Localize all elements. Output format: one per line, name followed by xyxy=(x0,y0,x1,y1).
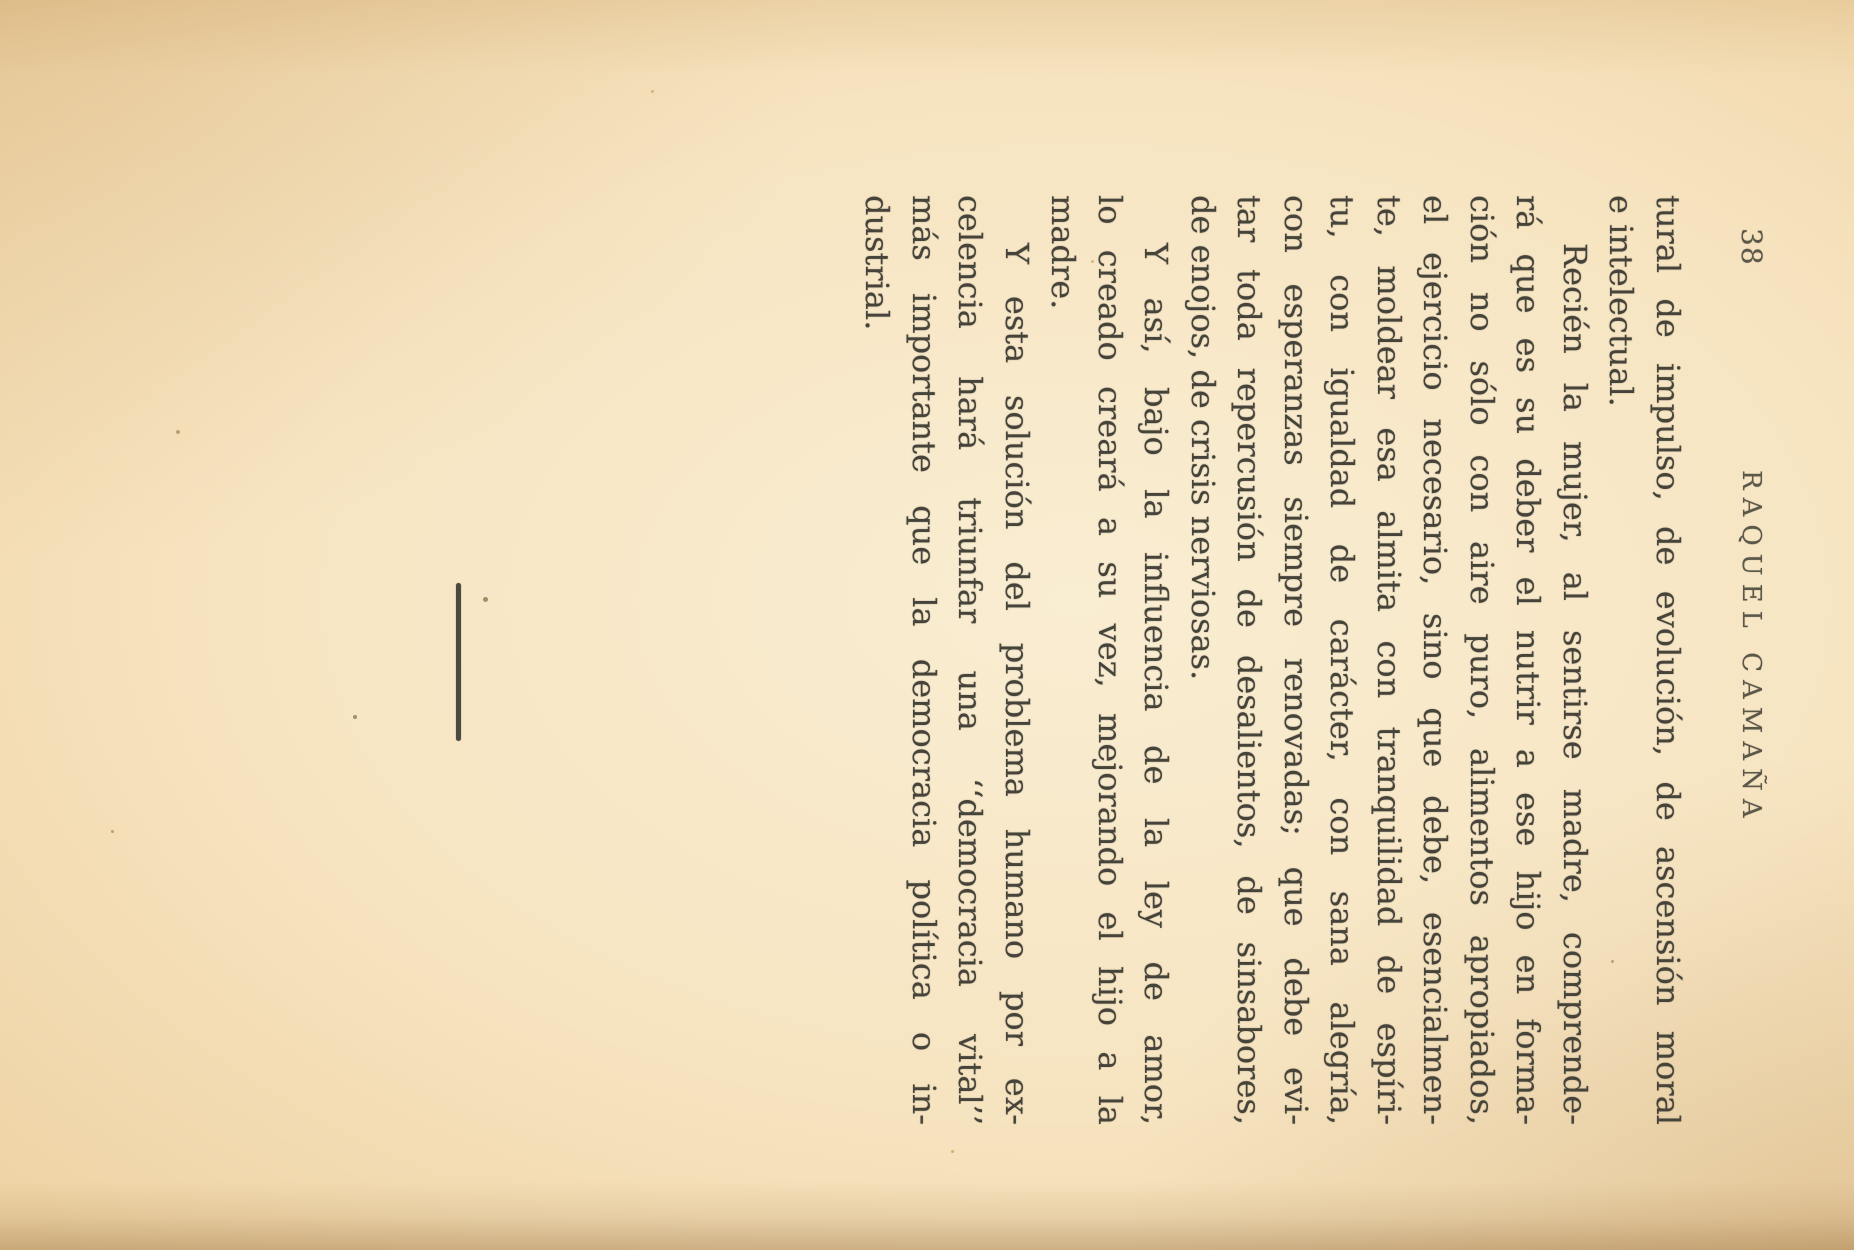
text-line: de enojos, de crisis nerviosas. xyxy=(1180,195,1227,1125)
text-line: rá que es su deber el nutrir a ese hijo … xyxy=(1505,195,1552,1125)
page-number: 38 xyxy=(1735,228,1768,266)
text-line: e intelectual. xyxy=(1598,195,1645,1125)
text-line: lo creado creará a su vez, mejorando el … xyxy=(1087,195,1134,1125)
text-line: ción no sólo con aire puro, alimentos ap… xyxy=(1459,195,1506,1125)
text-line: Y así, bajo la influencia de la ley de a… xyxy=(1133,195,1180,1125)
text-line: tural de impulso, de evolución, de ascen… xyxy=(1645,195,1692,1125)
scanned-book-page-rotated: 38 RAQUEL CAMAÑA tural de impulso, de ev… xyxy=(0,0,1854,1250)
text-line: te, moldear esa almita con tranquilidad … xyxy=(1366,195,1413,1125)
paper-speck xyxy=(176,430,180,434)
text-line: tu, con igualdad de carácter, con sana a… xyxy=(1319,195,1366,1125)
paper-speck xyxy=(1091,260,1094,263)
text-line: tar toda repercusión de desalientos, de … xyxy=(1226,195,1273,1125)
book-page: 38 RAQUEL CAMAÑA tural de impulso, de ev… xyxy=(0,0,1854,1250)
page-body-text: tural de impulso, de evolución, de ascen… xyxy=(854,195,1691,1125)
text-line: celencia hará triunfar una ‘‘democracia … xyxy=(947,195,994,1125)
paper-speck xyxy=(951,1150,954,1153)
paper-speck xyxy=(651,90,654,93)
section-divider-rule xyxy=(456,583,461,741)
text-line: dustrial. xyxy=(854,195,901,1125)
text-line: madre. xyxy=(1040,195,1087,1125)
running-title: RAQUEL CAMAÑA xyxy=(1736,470,1766,826)
paper-speck xyxy=(111,830,114,833)
paper-speck xyxy=(1611,960,1614,963)
page-header: 38 RAQUEL CAMAÑA xyxy=(1730,0,1768,1250)
text-line: con esperanzas siempre renovadas; que de… xyxy=(1273,195,1320,1125)
paper-speck xyxy=(353,715,357,719)
text-line: Recién la mujer, al sentirse madre, comp… xyxy=(1552,195,1599,1125)
paper-speck xyxy=(483,597,488,602)
text-line: Y esta solución del problema humano por … xyxy=(994,195,1041,1125)
text-line: más importante que la democracia polític… xyxy=(901,195,948,1125)
text-line: el ejercicio necesario, sino que debe, e… xyxy=(1412,195,1459,1125)
